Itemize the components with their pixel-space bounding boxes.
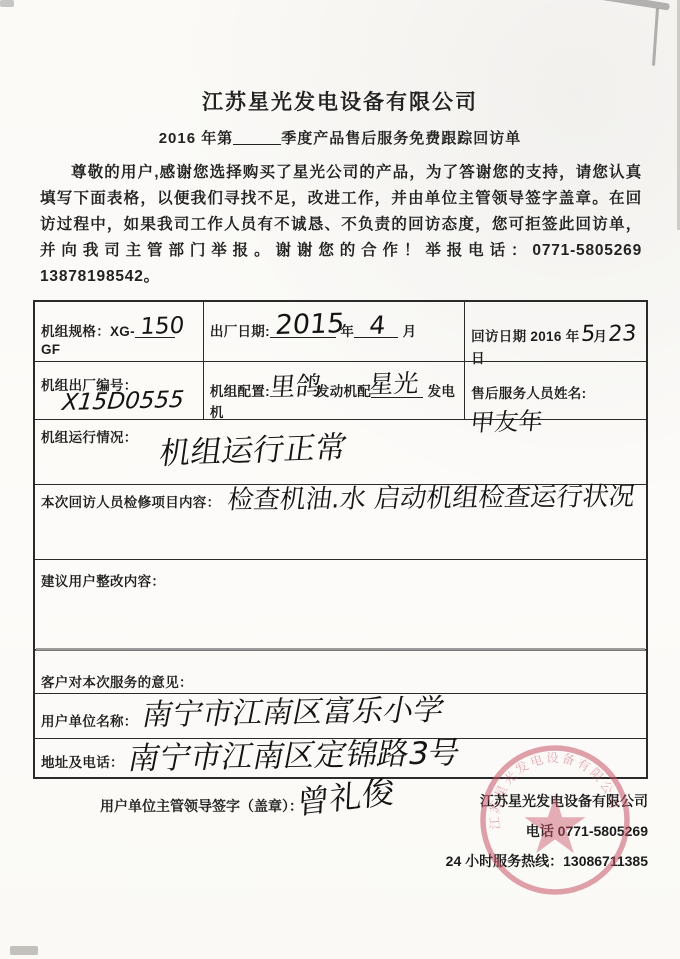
suggestion-label: 建议用户整改内容：: [41, 570, 640, 590]
cell-unit-spec: 机组规格：XG-150 GF: [35, 302, 204, 361]
handwriting-factory-year: 2015: [274, 308, 346, 341]
cell-serial: 机组出厂编号： X15D0555: [35, 362, 204, 419]
scanned-form-page: 江苏星光发电设备有限公司 2016 年第季度产品售后服务免费跟踪回访单 尊敬的用…: [0, 0, 680, 959]
page-title: 江苏星光发电设备有限公司: [0, 86, 680, 116]
subtitle-prefix: 2016 年第: [159, 130, 234, 147]
month-unit: 月: [403, 324, 417, 339]
intro-paragraph: 尊敬的用户,感谢您选择购买了星光公司的产品，为了答谢您的支持，请您认真填写下面表…: [40, 160, 642, 290]
footer-phone: 电话 0771-5805269: [308, 816, 648, 846]
config-engine-blank: 里鸽: [270, 382, 316, 398]
handwriting-visit-month: 5: [580, 322, 596, 347]
cell-address: 地址及电话： 南宁市江南区定锦路3号: [35, 739, 646, 777]
row-inspection: 本次回访人员检修项目内容： 检查机油.水 启动机组检查运行状况: [35, 485, 646, 560]
config-generator-blank: 星光: [371, 381, 423, 398]
cell-factory-date: 出厂日期:2015 年4 月: [204, 302, 465, 361]
handwriting-address: 南宁市江南区定锦路3号: [125, 727, 465, 778]
form-table: 机组规格：XG-150 GF 出厂日期:2015 年4 月 回访日期 2016 …: [33, 300, 648, 779]
unit-spec-suffix: GF: [41, 342, 60, 357]
cell-inspection: 本次回访人员检修项目内容： 检查机油.水 启动机组检查运行状况: [35, 485, 646, 559]
visit-date-label: 回访日期 2016 年: [471, 329, 579, 344]
page-subtitle: 2016 年第季度产品售后服务免费跟踪回访单: [0, 127, 680, 148]
row-spec-date: 机组规格：XG-150 GF 出厂日期:2015 年4 月 回访日期 2016 …: [35, 302, 646, 362]
handwriting-inspection-value: 检查机油.水 启动机组检查运行状况: [45, 478, 647, 521]
sign-label: 用户单位主管领导签字（盖章）：: [100, 796, 303, 816]
handwriting-spec-value: 150: [139, 313, 186, 340]
row-suggestion: 建议用户整改内容：: [35, 560, 646, 650]
cell-suggestion: 建议用户整改内容：: [35, 560, 646, 649]
cell-running-condition: 机组运行情况： 机组运行正常: [35, 420, 646, 484]
handwriting-config-engine: 里鸽: [268, 366, 324, 404]
unit-spec-label: 机组规格：XG-: [41, 324, 135, 339]
scan-artifact-bottom-left: [10, 946, 38, 955]
subtitle-suffix: 季度产品售后服务免费跟踪回访单: [281, 130, 521, 147]
unit-name-label: 用户单位名称：: [41, 710, 138, 730]
footer-company-block: 江苏星光发电设备有限公司 电话 0771-5805269 24 小时服务热线：1…: [308, 786, 648, 876]
cell-service-person: 售后服务人员姓名:甲友年: [465, 362, 646, 419]
config-label: 机组配置:: [210, 384, 270, 399]
row-serial-config: 机组出厂编号： X15D0555 机组配置:里鸽发动机配星光 发电机 售后服务人…: [35, 362, 646, 420]
cell-config: 机组配置:里鸽发动机配星光 发电机: [204, 362, 465, 419]
handwriting-running-value: 机组运行正常: [157, 422, 350, 473]
factory-date-label: 出厂日期:: [210, 324, 270, 339]
service-person-label: 售后服务人员姓名:: [471, 386, 586, 401]
handwriting-factory-month: 4: [368, 311, 387, 340]
address-label: 地址及电话：: [41, 751, 124, 771]
config-mid: 发动机配: [316, 384, 371, 399]
visit-month-unit: 月: [594, 329, 608, 344]
scan-artifact-top-right-streak: [598, 0, 670, 11]
handwriting-visit-day: 23: [607, 321, 637, 347]
row-running-condition: 机组运行情况： 机组运行正常: [35, 420, 646, 485]
handwriting-serial-value: X15D0555: [61, 387, 185, 416]
handwriting-unit-name: 南宁市江南区富乐小学: [139, 685, 449, 734]
row-address: 地址及电话： 南宁市江南区定锦路3号: [35, 739, 646, 777]
running-label: 机组运行情况：: [41, 426, 138, 446]
unit-spec-blank: 150: [135, 321, 175, 338]
handwriting-config-generator: 星光: [367, 364, 421, 401]
footer-hotline: 24 小时服务热线：13086711385: [308, 846, 648, 876]
scan-artifact-top-left: [0, 0, 14, 7]
scan-artifact-right-squiggle: [652, 8, 659, 66]
footer-company-name: 江苏星光发电设备有限公司: [308, 786, 648, 816]
factory-month-blank: 4: [354, 321, 398, 338]
cell-visit-date: 回访日期 2016 年5月23日: [465, 302, 646, 361]
factory-year-blank: 2015: [270, 321, 336, 338]
subtitle-blank: [233, 129, 281, 145]
